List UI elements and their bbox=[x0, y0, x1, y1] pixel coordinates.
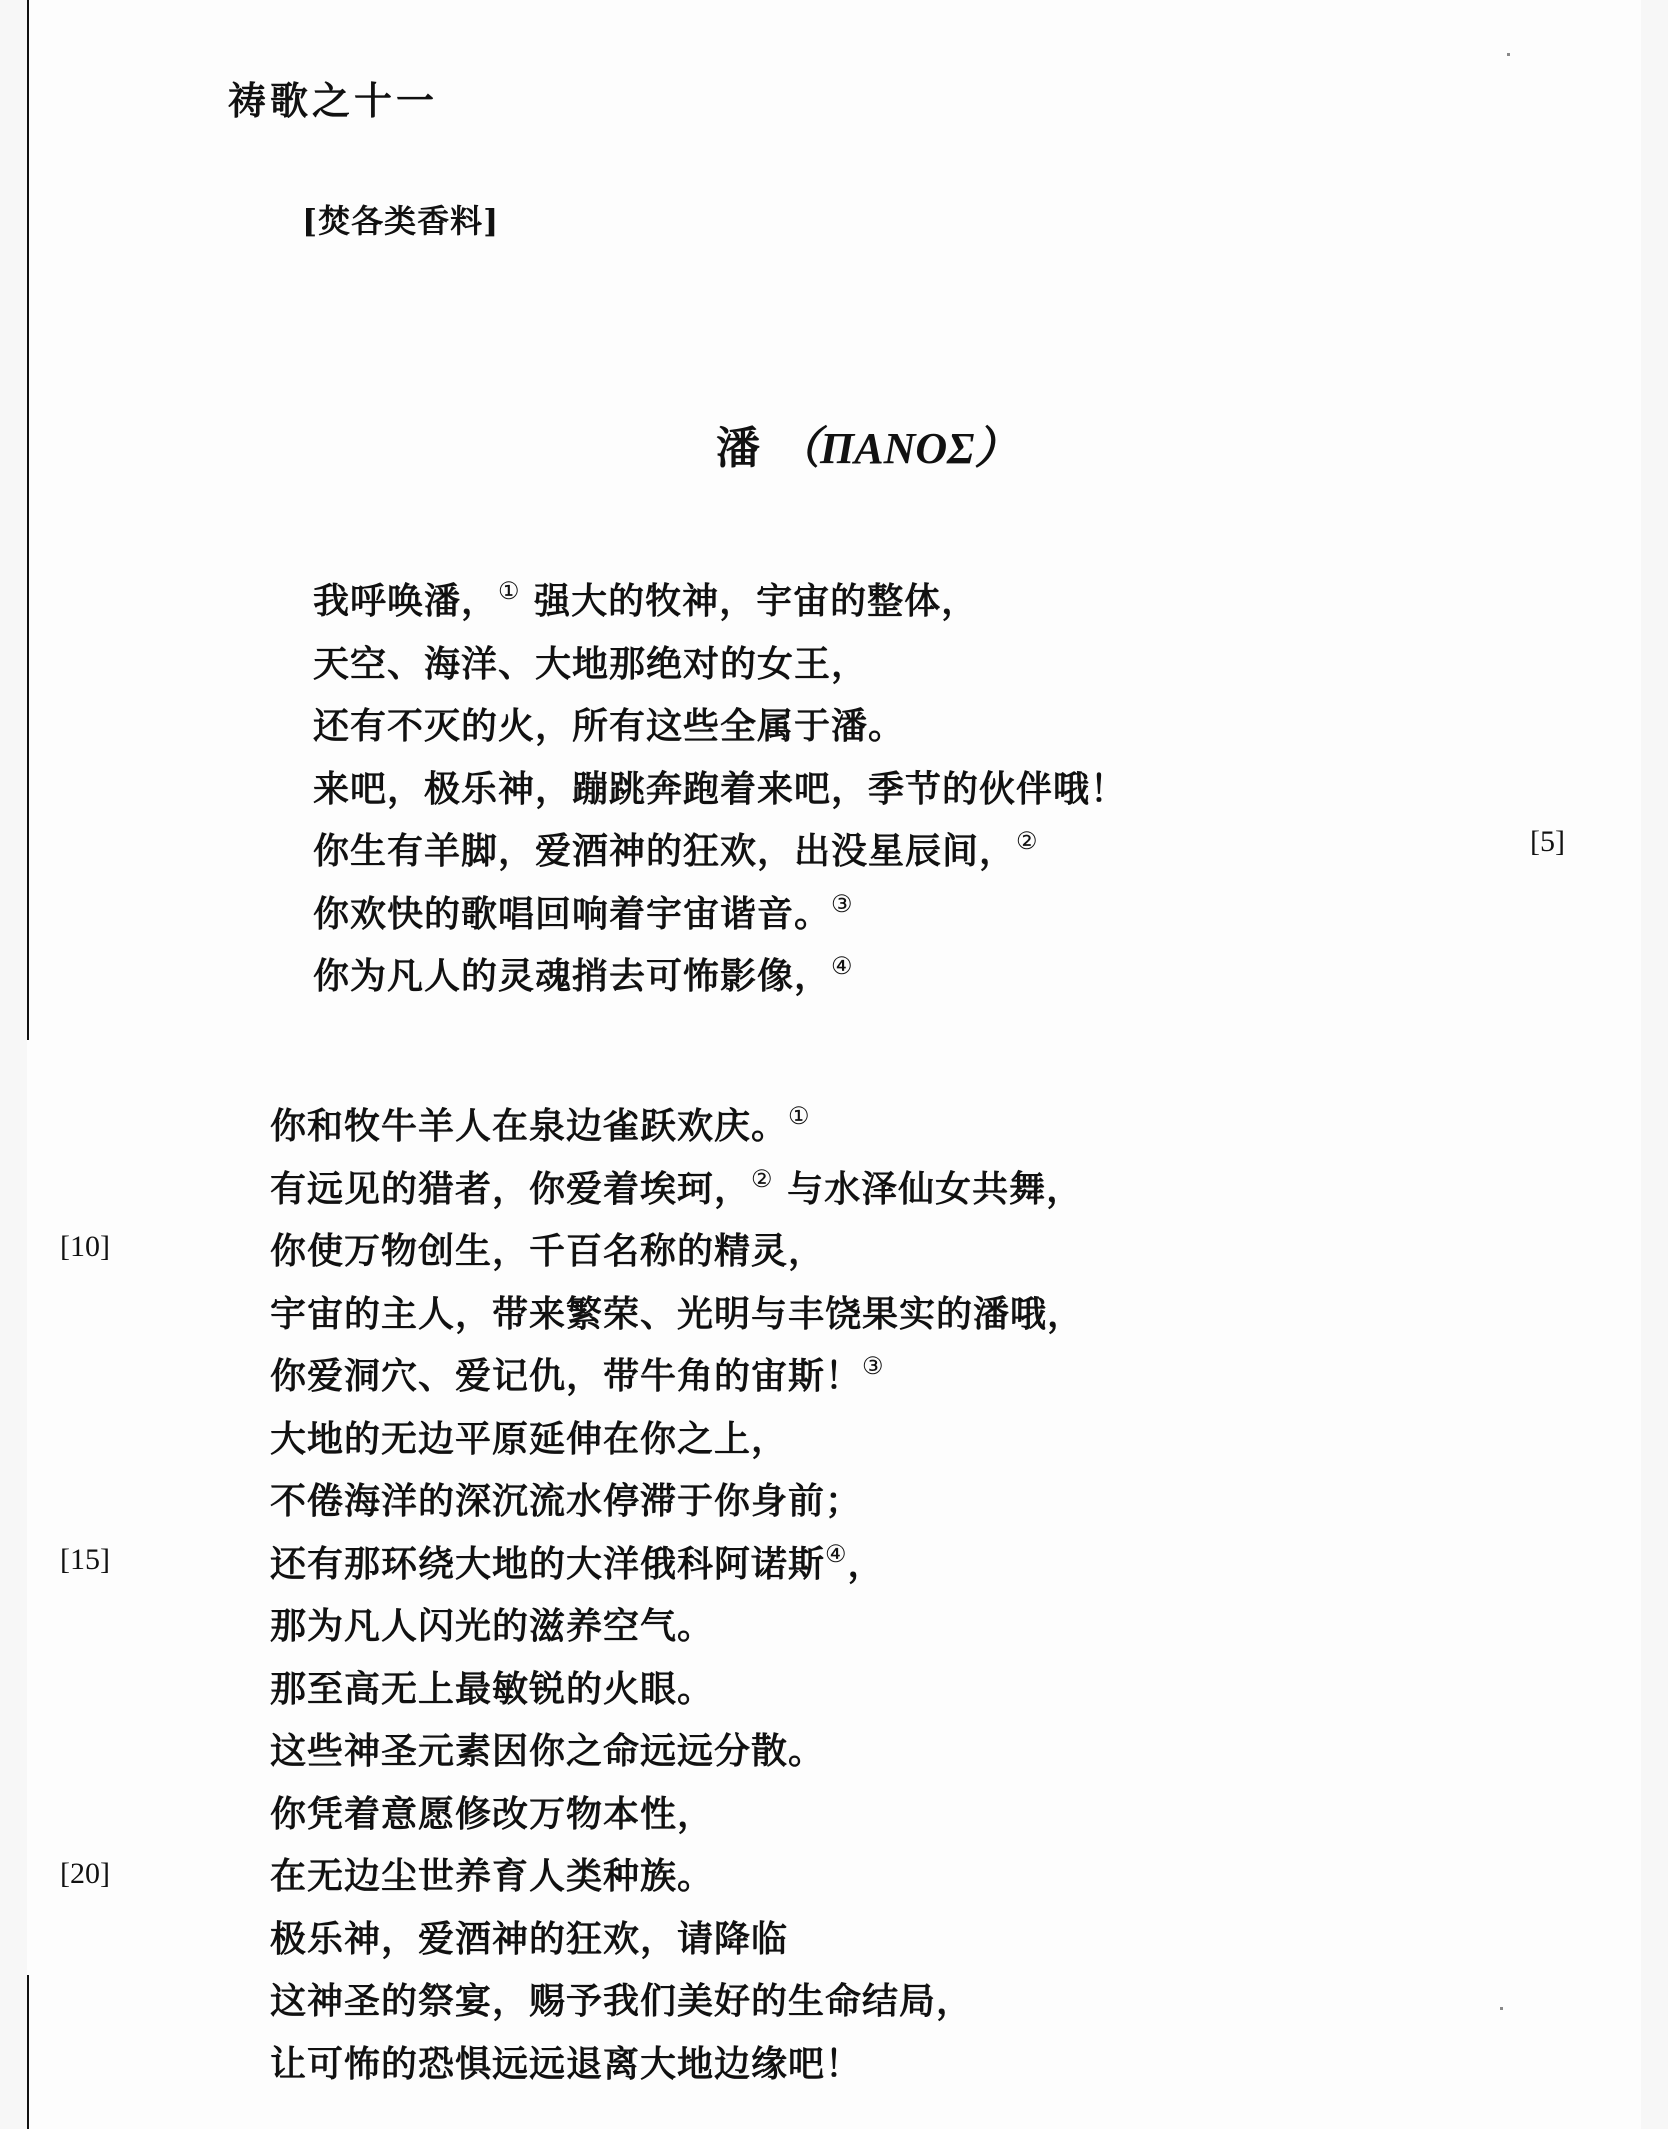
footnote-marker: ① bbox=[498, 577, 521, 605]
poem-line: 那至高无上最敏锐的火眼。 bbox=[270, 1658, 1084, 1721]
poem-line: 你和牧牛羊人在泉边雀跃欢庆。① bbox=[270, 1095, 1084, 1158]
footnote-marker: ① bbox=[788, 1102, 811, 1130]
poem-line: 大地的无边平原延伸在你之上， bbox=[270, 1408, 1084, 1471]
poem-line: 宇宙的主人，带来繁荣、光明与丰饶果实的潘哦， bbox=[270, 1283, 1084, 1346]
footnote-marker: ③ bbox=[831, 890, 854, 918]
footnote-marker: ③ bbox=[862, 1352, 885, 1380]
footnote-marker: ② bbox=[1016, 827, 1039, 855]
poem-line: 你生有羊脚，爱酒神的狂欢，出没星辰间，② bbox=[313, 820, 1127, 883]
poem-line: 还有那环绕大地的大洋俄科阿诺斯④， bbox=[270, 1533, 1084, 1596]
line-number-15: [15] bbox=[60, 1543, 110, 1577]
poem-line: 你凭着意愿修改万物本性， bbox=[270, 1783, 1084, 1846]
poem-title-chinese: 潘 bbox=[716, 423, 760, 474]
poem-title: 潘（ΠΑΝΟΣ） bbox=[716, 412, 1018, 476]
stanza-2: 你和牧牛羊人在泉边雀跃欢庆。① 有远见的猎者，你爱着埃珂，② 与水泽仙女共舞， … bbox=[270, 1095, 1084, 2095]
footnote-marker: ④ bbox=[825, 1540, 848, 1568]
stanza-1: 我呼唤潘，① 强大的牧神，宇宙的整体， 天空、海洋、大地那绝对的女王， 还有不灭… bbox=[313, 570, 1127, 1008]
poem-line: 天空、海洋、大地那绝对的女王， bbox=[313, 633, 1127, 696]
poem-line: 你爱洞穴、爱记仇，带牛角的宙斯！③ bbox=[270, 1345, 1084, 1408]
poem-title-greek: （ΠΑΝΟΣ） bbox=[776, 424, 1018, 473]
scan-speck bbox=[1500, 2007, 1503, 2010]
ritual-note: [焚各类香料] bbox=[302, 196, 499, 242]
poem-line: 还有不灭的火，所有这些全属于潘。 bbox=[313, 695, 1127, 758]
poem-line: 你为凡人的灵魂捎去可怖影像，④ bbox=[313, 945, 1127, 1008]
poem-line: 极乐神，爱酒神的狂欢，请降临 bbox=[270, 1908, 1084, 1971]
poem-line: 你使万物创生，千百名称的精灵， bbox=[270, 1220, 1084, 1283]
line-number-10: [10] bbox=[60, 1230, 110, 1264]
poem-line: 我呼唤潘，① 强大的牧神，宇宙的整体， bbox=[313, 570, 1127, 633]
page-edge-rule-bottom bbox=[27, 1975, 29, 2129]
poem-line: 那为凡人闪光的滋养空气。 bbox=[270, 1595, 1084, 1658]
poem-line: 让可怖的恐惧远远退离大地边缘吧！ bbox=[270, 2033, 1084, 2096]
chapter-title: 祷歌之十一 bbox=[228, 70, 438, 125]
footnote-marker: ④ bbox=[831, 952, 854, 980]
poem-line: 这神圣的祭宴，赐予我们美好的生命结局， bbox=[270, 1970, 1084, 2033]
footnote-marker: ② bbox=[751, 1165, 774, 1193]
line-number-20: [20] bbox=[60, 1857, 110, 1891]
poem-line: 不倦海洋的深沉流水停滞于你身前； bbox=[270, 1470, 1084, 1533]
poem-line: 你欢快的歌唱回响着宇宙谐音。③ bbox=[313, 883, 1127, 946]
poem-line: 在无边尘世养育人类种族。 bbox=[270, 1845, 1084, 1908]
poem-line: 这些神圣元素因你之命远远分散。 bbox=[270, 1720, 1084, 1783]
poem-line: 来吧，极乐神，蹦跳奔跑着来吧，季节的伙伴哦！ bbox=[313, 758, 1127, 821]
poem-line: 有远见的猎者，你爱着埃珂，② 与水泽仙女共舞， bbox=[270, 1158, 1084, 1221]
line-number-5: [5] bbox=[1530, 825, 1565, 859]
scan-speck bbox=[1507, 53, 1510, 56]
page-edge-rule-top bbox=[27, 0, 29, 1040]
